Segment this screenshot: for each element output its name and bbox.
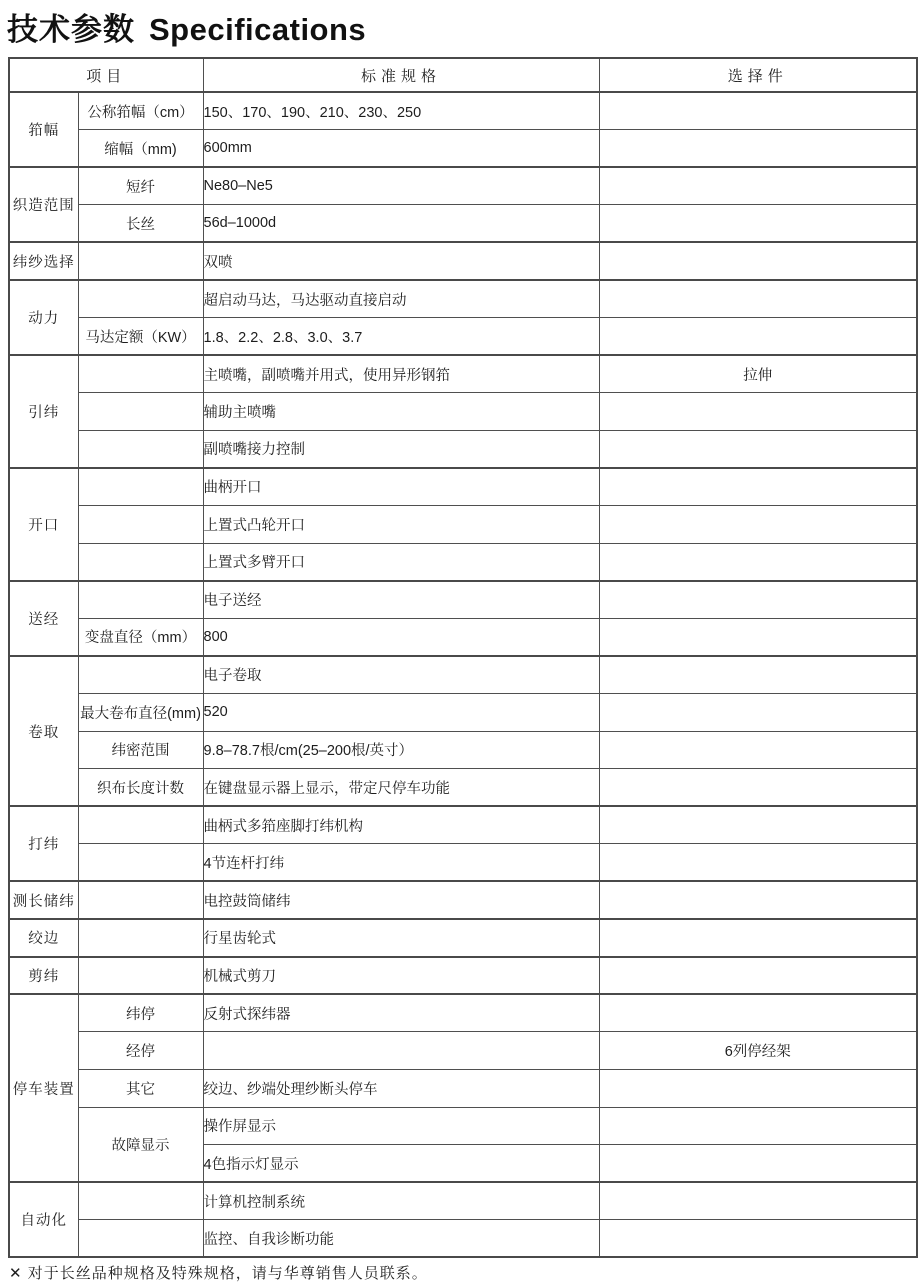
table-row: 引纬主喷嘴，副喷嘴并用式，使用异形钢筘拉伸: [9, 355, 917, 393]
standard-spec-cell: 曲柄开口: [203, 468, 599, 506]
optional-part-cell: [599, 656, 917, 694]
table-row: 故障显示操作屏显示: [9, 1107, 917, 1145]
item-sub-cell: [78, 355, 203, 393]
item-sub-cell: [78, 919, 203, 957]
optional-part-cell: [599, 844, 917, 882]
item-sub-cell: 最大卷布直径(mm): [78, 694, 203, 732]
standard-spec-cell: 副喷嘴接力控制: [203, 430, 599, 468]
table-row: 变盘直径（mm）800: [9, 618, 917, 656]
table-row: 4节连杆打纬: [9, 844, 917, 882]
table-row: 打纬曲柄式多筘座脚打纬机构: [9, 806, 917, 844]
item-sub-cell: 缩幅（mm): [78, 130, 203, 168]
item-sub-cell: 变盘直径（mm）: [78, 618, 203, 656]
item-group-cell: 测长储纬: [9, 881, 78, 919]
item-sub-cell: 纬密范围: [78, 731, 203, 769]
item-group-cell: 绞边: [9, 919, 78, 957]
table-header-row: 项目 标准规格 选择件: [9, 58, 917, 92]
standard-spec-cell: 4色指示灯显示: [203, 1145, 599, 1183]
item-group-cell: 送经: [9, 581, 78, 656]
standard-spec-cell: 1.8、2.2、2.8、3.0、3.7: [203, 318, 599, 356]
standard-spec-cell: 曲柄式多筘座脚打纬机构: [203, 806, 599, 844]
optional-part-cell: [599, 1182, 917, 1220]
table-row: 其它绞边、纱端处理纱断头停车: [9, 1069, 917, 1107]
spec-table-body: 筘幅公称筘幅（cm）150、170、190、210、230、250缩幅（mm)6…: [9, 92, 917, 1257]
item-sub-cell: [78, 1220, 203, 1258]
optional-part-cell: 6列停经架: [599, 1032, 917, 1070]
standard-spec-cell: [203, 1032, 599, 1070]
col-header-item: 项目: [9, 58, 203, 92]
table-row: 最大卷布直径(mm)520: [9, 694, 917, 732]
standard-spec-cell: 辅助主喷嘴: [203, 393, 599, 431]
item-sub-cell: 公称筘幅（cm）: [78, 92, 203, 130]
table-row: 测长储纬电控鼓筒储纬: [9, 881, 917, 919]
standard-spec-cell: 4节连杆打纬: [203, 844, 599, 882]
table-row: 剪纬机械式剪刀: [9, 957, 917, 995]
table-row: 开口曲柄开口: [9, 468, 917, 506]
optional-part-cell: [599, 92, 917, 130]
page-title-en: Specifications: [149, 12, 366, 47]
table-row: 长丝56d–1000d: [9, 205, 917, 243]
standard-spec-cell: 在键盘显示器上显示，带定尺停车功能: [203, 769, 599, 807]
item-sub-cell: 故障显示: [78, 1107, 203, 1182]
optional-part-cell: [599, 957, 917, 995]
item-sub-cell: 经停: [78, 1032, 203, 1070]
item-sub-cell: [78, 430, 203, 468]
standard-spec-cell: 电子送经: [203, 581, 599, 619]
item-group-cell: 剪纬: [9, 957, 78, 995]
item-sub-cell: 长丝: [78, 205, 203, 243]
table-row: 绞边行星齿轮式: [9, 919, 917, 957]
table-row: 动力超启动马达，马达驱动直接启动: [9, 280, 917, 318]
standard-spec-cell: 主喷嘴，副喷嘴并用式，使用异形钢筘: [203, 355, 599, 393]
item-group-cell: 开口: [9, 468, 78, 581]
item-group-cell: 织造范围: [9, 167, 78, 242]
item-sub-cell: [78, 1182, 203, 1220]
item-sub-cell: 短纤: [78, 167, 203, 205]
item-sub-cell: [78, 581, 203, 619]
item-group-cell: 动力: [9, 280, 78, 355]
optional-part-cell: [599, 430, 917, 468]
optional-part-cell: [599, 694, 917, 732]
item-sub-cell: [78, 543, 203, 581]
item-sub-cell: 织布长度计数: [78, 769, 203, 807]
optional-part-cell: [599, 581, 917, 619]
table-row: 送经电子送经: [9, 581, 917, 619]
standard-spec-cell: 行星齿轮式: [203, 919, 599, 957]
standard-spec-cell: 600mm: [203, 130, 599, 168]
standard-spec-cell: 150、170、190、210、230、250: [203, 92, 599, 130]
item-sub-cell: [78, 844, 203, 882]
table-row: 纬纱选择双喷: [9, 242, 917, 280]
standard-spec-cell: 反射式探纬器: [203, 994, 599, 1032]
item-sub-cell: [78, 656, 203, 694]
item-sub-cell: [78, 393, 203, 431]
item-sub-cell: [78, 881, 203, 919]
page-title-zh: 技术参数: [7, 12, 135, 47]
item-group-cell: 卷取: [9, 656, 78, 806]
item-sub-cell: [78, 468, 203, 506]
table-row: 经停6列停经架: [9, 1032, 917, 1070]
table-row: 织布长度计数在键盘显示器上显示，带定尺停车功能: [9, 769, 917, 807]
optional-part-cell: [599, 618, 917, 656]
optional-part-cell: [599, 731, 917, 769]
optional-part-cell: [599, 393, 917, 431]
table-row: 缩幅（mm)600mm: [9, 130, 917, 168]
standard-spec-cell: 56d–1000d: [203, 205, 599, 243]
table-row: 副喷嘴接力控制: [9, 430, 917, 468]
optional-part-cell: [599, 1069, 917, 1107]
optional-part-cell: [599, 318, 917, 356]
standard-spec-cell: 绞边、纱端处理纱断头停车: [203, 1069, 599, 1107]
standard-spec-cell: 操作屏显示: [203, 1107, 599, 1145]
optional-part-cell: [599, 506, 917, 544]
optional-part-cell: [599, 881, 917, 919]
table-row: 马达定额（KW）1.8、2.2、2.8、3.0、3.7: [9, 318, 917, 356]
table-row: 停车装置纬停反射式探纬器: [9, 994, 917, 1032]
table-row: 筘幅公称筘幅（cm）150、170、190、210、230、250: [9, 92, 917, 130]
optional-part-cell: [599, 167, 917, 205]
table-row: 织造范围短纤Ne80–Ne5: [9, 167, 917, 205]
standard-spec-cell: 机械式剪刀: [203, 957, 599, 995]
standard-spec-cell: 9.8–78.7根/cm(25–200根/英寸）: [203, 731, 599, 769]
specifications-table: 项目 标准规格 选择件 筘幅公称筘幅（cm）150、170、190、210、23…: [8, 57, 918, 1258]
standard-spec-cell: 电控鼓筒储纬: [203, 881, 599, 919]
optional-part-cell: [599, 806, 917, 844]
optional-part-cell: [599, 769, 917, 807]
table-header: 项目 标准规格 选择件: [9, 58, 917, 92]
item-group-cell: 打纬: [9, 806, 78, 881]
optional-part-cell: [599, 1107, 917, 1145]
standard-spec-cell: 电子卷取: [203, 656, 599, 694]
item-sub-cell: 其它: [78, 1069, 203, 1107]
standard-spec-cell: 上置式凸轮开口: [203, 506, 599, 544]
table-row: 纬密范围9.8–78.7根/cm(25–200根/英寸）: [9, 731, 917, 769]
page-title: 技术参数Specifications: [7, 4, 366, 49]
item-sub-cell: [78, 242, 203, 280]
table-row: 辅助主喷嘴: [9, 393, 917, 431]
standard-spec-cell: 800: [203, 618, 599, 656]
standard-spec-cell: 上置式多臂开口: [203, 543, 599, 581]
table-row: 监控、自我诊断功能: [9, 1220, 917, 1258]
col-header-optional: 选择件: [599, 58, 917, 92]
standard-spec-cell: Ne80–Ne5: [203, 167, 599, 205]
optional-part-cell: [599, 1220, 917, 1258]
col-header-standard: 标准规格: [203, 58, 599, 92]
item-group-cell: 停车装置: [9, 994, 78, 1182]
item-sub-cell: 纬停: [78, 994, 203, 1032]
optional-part-cell: [599, 1145, 917, 1183]
optional-part-cell: [599, 994, 917, 1032]
item-sub-cell: [78, 280, 203, 318]
optional-part-cell: 拉伸: [599, 355, 917, 393]
optional-part-cell: [599, 242, 917, 280]
optional-part-cell: [599, 919, 917, 957]
item-sub-cell: [78, 957, 203, 995]
item-group-cell: 自动化: [9, 1182, 78, 1257]
footnote: ✕ 对于长丝品种规格及特殊规格，请与华尊销售人员联系。: [9, 1262, 428, 1283]
optional-part-cell: [599, 205, 917, 243]
table-row: 自动化计算机控制系统: [9, 1182, 917, 1220]
item-group-cell: 筘幅: [9, 92, 78, 167]
item-sub-cell: [78, 806, 203, 844]
table-row: 上置式凸轮开口: [9, 506, 917, 544]
optional-part-cell: [599, 543, 917, 581]
standard-spec-cell: 计算机控制系统: [203, 1182, 599, 1220]
item-sub-cell: 马达定额（KW）: [78, 318, 203, 356]
standard-spec-cell: 520: [203, 694, 599, 732]
item-group-cell: 引纬: [9, 355, 78, 468]
standard-spec-cell: 监控、自我诊断功能: [203, 1220, 599, 1258]
item-sub-cell: [78, 506, 203, 544]
table-row: 卷取电子卷取: [9, 656, 917, 694]
standard-spec-cell: 超启动马达，马达驱动直接启动: [203, 280, 599, 318]
standard-spec-cell: 双喷: [203, 242, 599, 280]
optional-part-cell: [599, 468, 917, 506]
table-row: 上置式多臂开口: [9, 543, 917, 581]
optional-part-cell: [599, 130, 917, 168]
optional-part-cell: [599, 280, 917, 318]
item-group-cell: 纬纱选择: [9, 242, 78, 280]
